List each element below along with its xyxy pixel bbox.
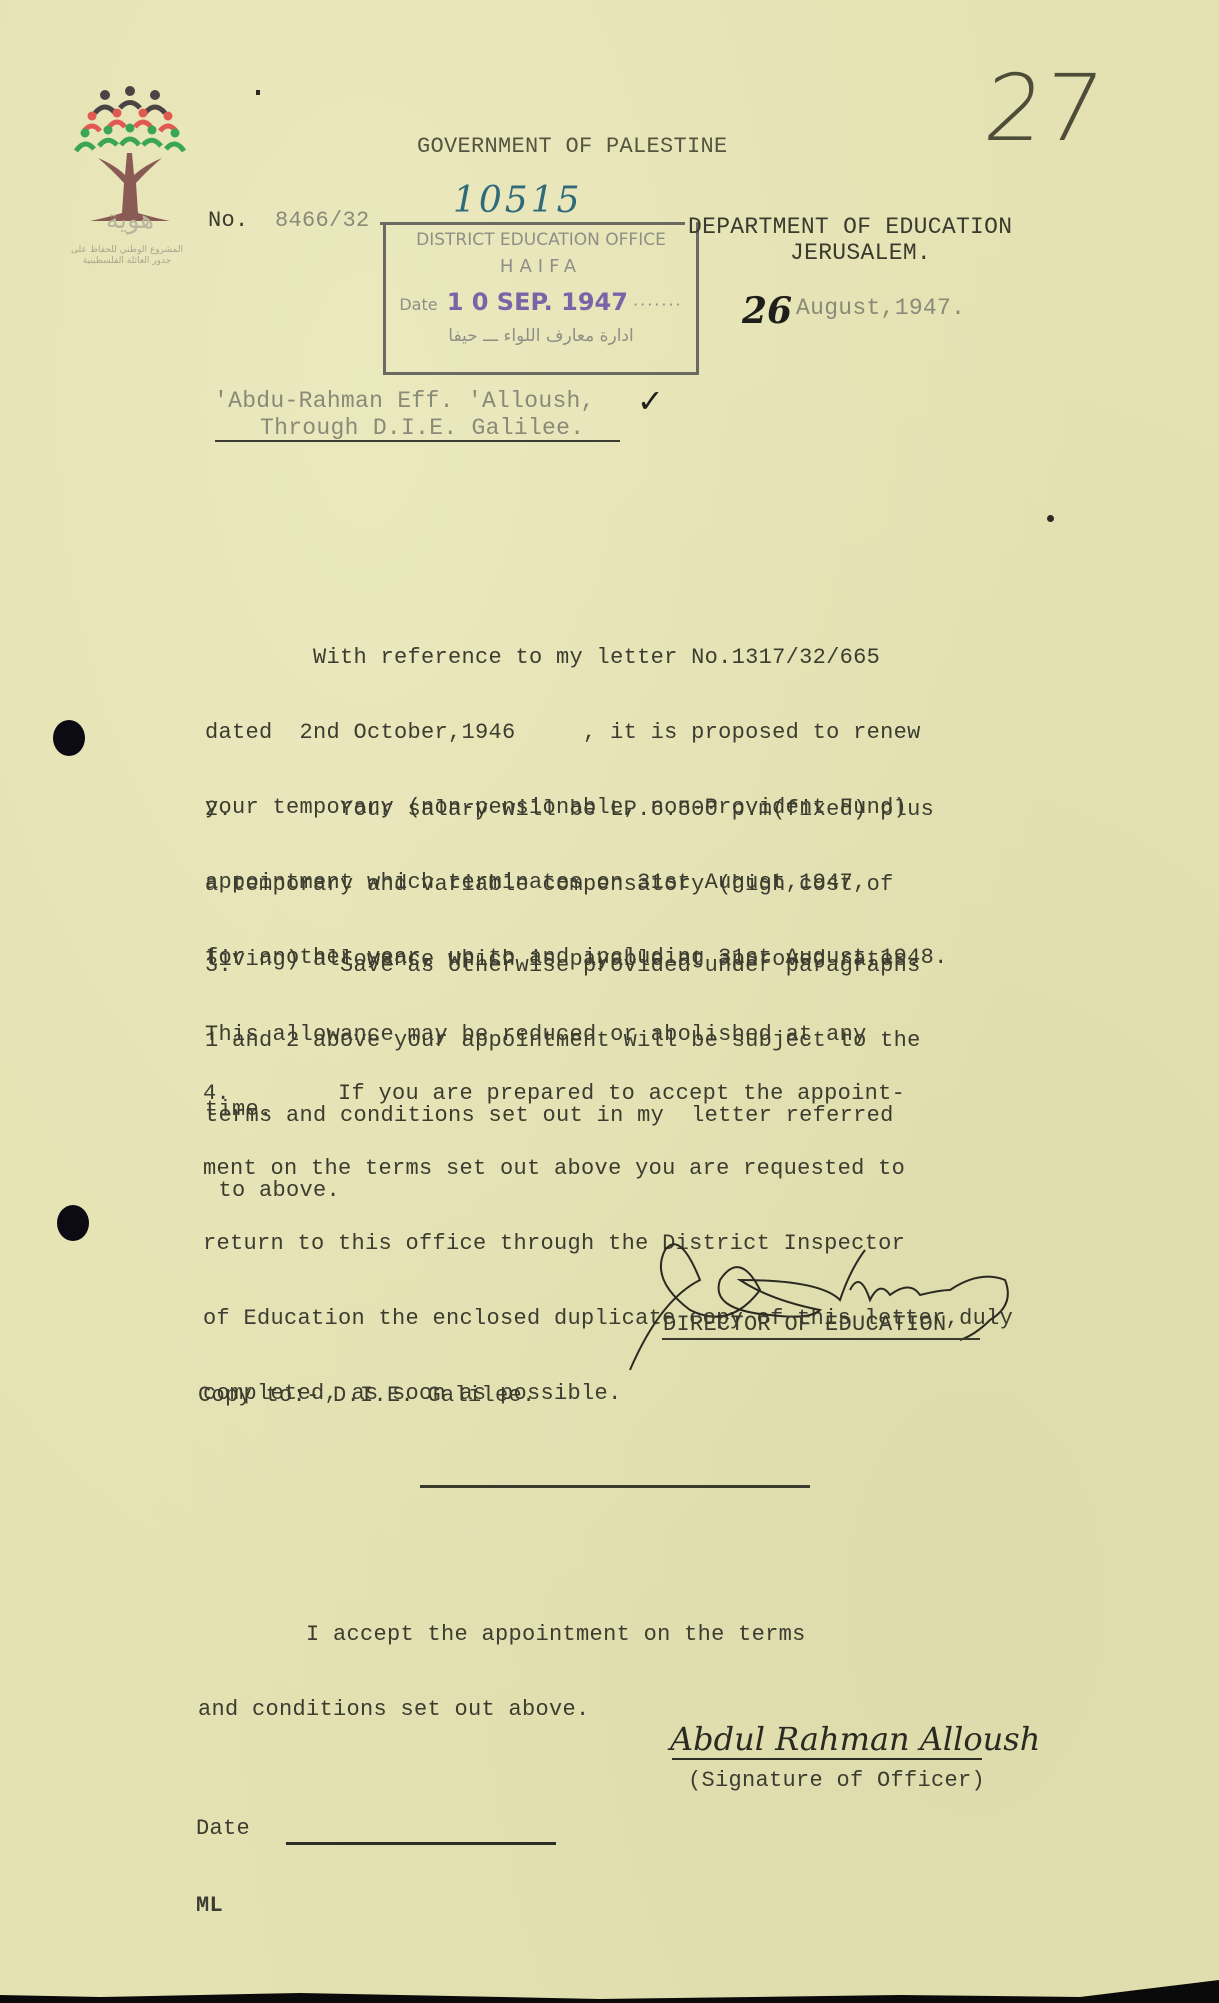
date-day-handwritten: 26: [742, 290, 792, 332]
paragraph-4-line: ment on the terms set out above you are …: [203, 1156, 1013, 1181]
logo-name: هوية: [95, 205, 165, 235]
paragraph-2-line: 2. Your salary will be LP.6.500 p.m(fixe…: [205, 797, 934, 822]
department-city: JERUSALEM.: [790, 240, 931, 266]
officer-signature-rule: [672, 1758, 982, 1760]
paragraph-1-line: With reference to my letter No.1317/32/6…: [205, 645, 948, 670]
scan-bottom-edge: [0, 1975, 1219, 2003]
addressee-rule: [215, 440, 620, 442]
logo-caption-line2: جذور العائلة الفلسطينية: [62, 256, 192, 267]
stamp-date-row: Date 1 0 SEP. 1947 ·······: [386, 288, 696, 316]
director-title: DIRECTOR OF EDUCATION: [663, 1312, 947, 1337]
logo-caption-line1: المشروع الوطني للحفاظ على: [62, 245, 192, 256]
typist-initials: ML: [196, 1893, 223, 1918]
director-signature-icon: [620, 1210, 1030, 1380]
copy-to-line: Copy to:- D.I.E. Galilee.: [198, 1383, 536, 1408]
stamp-arabic: ادارة معارف اللواء ـــ حيفا: [386, 326, 696, 346]
district-education-stamp: DISTRICT EDUCATION OFFICE HAIFA Date 1 0…: [383, 222, 699, 375]
logo-caption: المشروع الوطني للحفاظ على جذور العائلة ا…: [62, 245, 192, 267]
check-mark-icon: ✓: [637, 382, 664, 420]
government-heading: GOVERNMENT OF PALESTINE: [417, 134, 728, 159]
ink-speck: [256, 90, 260, 95]
document-page: هوية المشروع الوطني للحفاظ على جذور العا…: [0, 0, 1219, 2003]
reference-label: No.: [208, 208, 249, 233]
acceptance-date-label: Date: [196, 1816, 250, 1841]
punch-hole-top: [53, 720, 85, 756]
heritage-tree-logo-icon: [70, 48, 190, 268]
department-name: DEPARTMENT OF EDUCATION: [688, 214, 1012, 240]
officer-signature-label: (Signature of Officer): [688, 1768, 985, 1793]
director-title-rule: [662, 1338, 980, 1340]
stamp-date-label: Date: [399, 295, 437, 314]
paragraph-1-line: dated 2nd October,1946 , it is proposed …: [205, 720, 948, 745]
paragraph-4-line: 4. If you are prepared to accept the app…: [203, 1081, 1013, 1106]
handwritten-reference: 10515: [453, 180, 583, 221]
acceptance-line: and conditions set out above.: [198, 1697, 806, 1722]
paragraph-3-line: 3. Save as otherwise provided under para…: [205, 953, 921, 978]
stamp-city: HAIFA: [386, 256, 696, 277]
acceptance-date-field[interactable]: [286, 1822, 556, 1845]
reference-value: 8466/32: [275, 208, 370, 233]
stamp-date-value: 1 0 SEP. 1947: [447, 288, 628, 316]
letter-date: August,1947.: [796, 295, 965, 321]
paragraph-2-line: a temporary and variable compensatory (h…: [205, 872, 934, 897]
section-separator: [420, 1485, 810, 1488]
punch-hole-bottom: [57, 1205, 89, 1241]
stamp-office: DISTRICT EDUCATION OFFICE: [386, 230, 696, 250]
officer-signature: Abdul Rahman Alloush: [670, 1720, 1040, 1758]
addressee-name: 'Abdu-Rahman Eff. 'Alloush,: [214, 388, 595, 414]
acceptance-line: I accept the appointment on the terms: [198, 1622, 806, 1647]
page-number-handwritten: 27: [979, 55, 1107, 162]
addressee-through: Through D.I.E. Galilee.: [260, 415, 584, 441]
ink-speck: [1047, 515, 1054, 522]
